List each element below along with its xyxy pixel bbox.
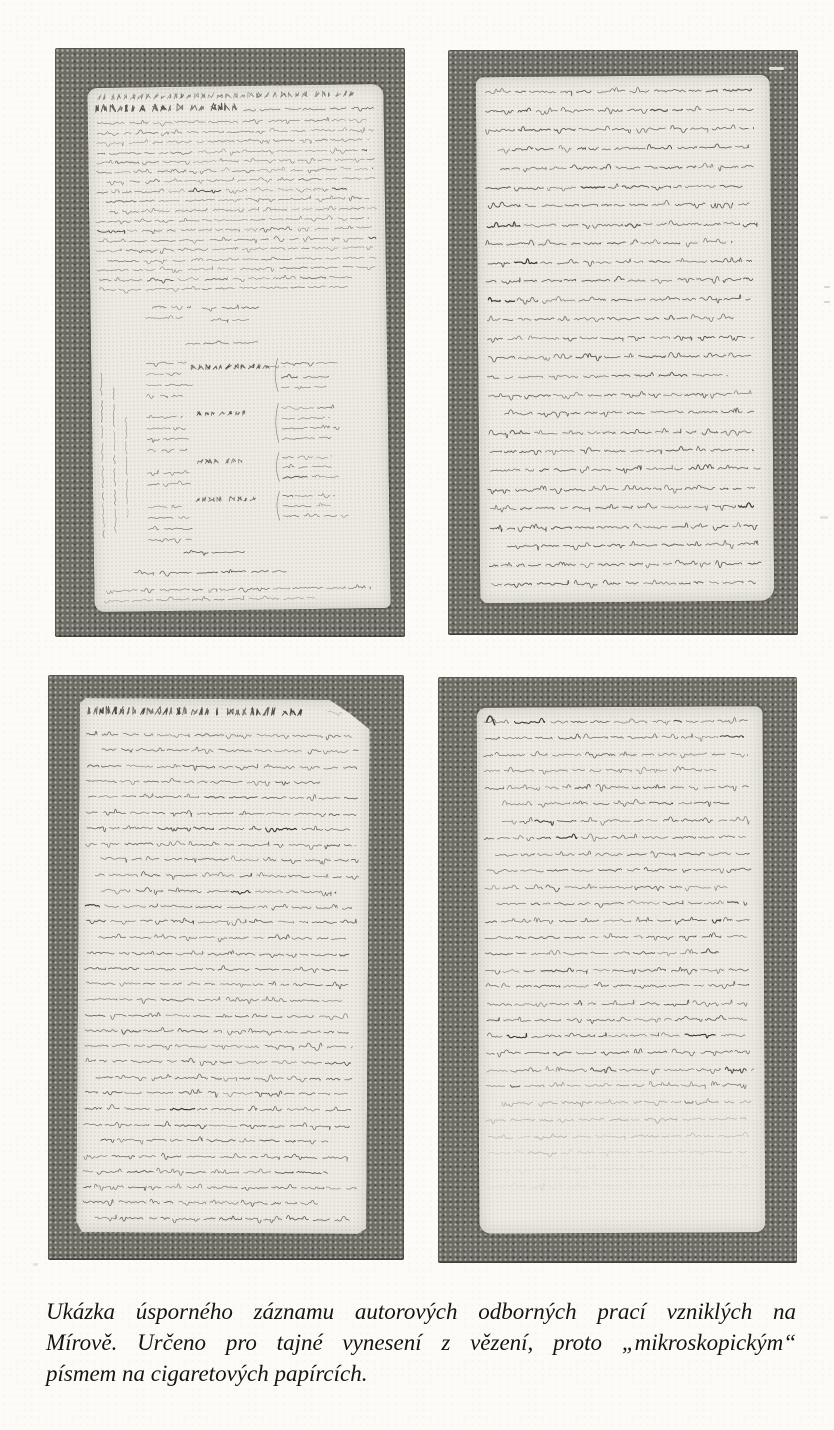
- photo-glint: [769, 67, 784, 70]
- scan-artifact: [820, 516, 828, 519]
- handwriting-texture: [87, 84, 390, 612]
- manuscript-photo-4: [438, 677, 797, 1263]
- manuscript-photo-2: [448, 50, 798, 635]
- cigarette-paper: [477, 706, 766, 1233]
- manuscript-photo-3: [48, 675, 404, 1260]
- caption-line-3: písmem na cigaretových papírcích.: [46, 1358, 796, 1389]
- caption-line-1: Ukázka úsporného záznamu autorových odbo…: [46, 1296, 796, 1327]
- caption: Ukázka úsporného záznamu autorových odbo…: [46, 1296, 796, 1389]
- scan-artifact: [33, 1263, 38, 1266]
- caption-line-2: Mírově. Určeno pro tajné vynesení z věze…: [46, 1327, 796, 1358]
- scan-artifact: [824, 286, 830, 288]
- scanned-book-page: Ukázka úsporného záznamu autorových odbo…: [0, 0, 834, 1430]
- scan-artifact: [824, 301, 830, 303]
- cigarette-paper: [76, 698, 370, 1234]
- handwriting-texture: [477, 706, 766, 1233]
- manuscript-photo-1: [55, 48, 405, 637]
- handwriting-texture: [476, 75, 775, 604]
- handwriting-texture: [76, 698, 370, 1234]
- cigarette-paper: [87, 84, 390, 612]
- cigarette-paper: [476, 75, 775, 604]
